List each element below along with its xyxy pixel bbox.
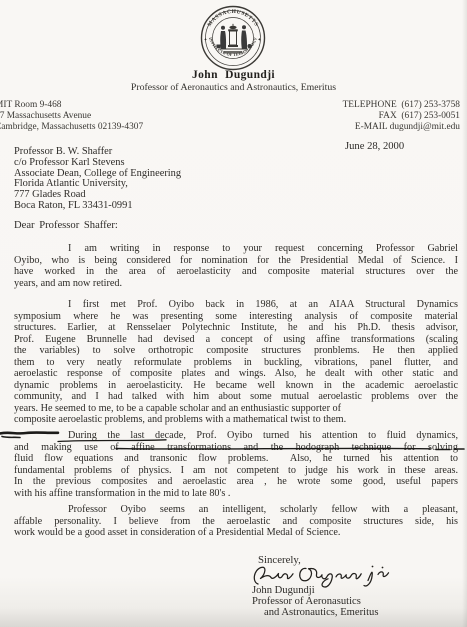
text-line: Professor of Aeronasutics: [252, 596, 378, 607]
recipient-address: Professor B. W. Shafferc/o Professor Kar…: [14, 147, 181, 212]
text-line: In the previous composites and aeroelast…: [14, 476, 458, 488]
text-line: TELEPHONE (617) 253-3758: [343, 100, 460, 111]
text-line: Boca Raton, FL 33431-0991: [14, 201, 181, 212]
text-line: Oyibo, who is being considered for nomin…: [14, 255, 458, 267]
text-line: composite aeroelastic problems, and prob…: [14, 414, 458, 426]
text-line: Professor Oyibo seems an intelligent, sc…: [14, 504, 458, 516]
text-line: fundamental problems of physics. I am no…: [14, 465, 458, 477]
text-line: I am writing in response to your request…: [14, 243, 458, 255]
seal-emblem: [217, 24, 252, 54]
closing-block: John Dugundji Professor of Aeronasuticsa…: [252, 585, 378, 618]
text-line: and making use of affine transformations…: [14, 442, 458, 454]
text-line: them to very neatly reformulate problems…: [14, 357, 458, 369]
text-line: the variables) to solve orthotropic comp…: [14, 345, 458, 357]
text-line: MIT Room 9-468: [0, 100, 143, 111]
paragraph-1: I am writing in response to your request…: [14, 243, 458, 289]
letter-date: June 28, 2000: [345, 141, 404, 152]
text-line: and Astronautics, Emeritus: [264, 607, 378, 618]
paragraph-2: I first met Prof. Oyibo back in 1986, at…: [14, 299, 458, 426]
text-line: E-MAIL dugundji@mit.edu: [343, 122, 460, 133]
text-line: Cambridge, Massachusetts 02139-4307: [0, 122, 143, 133]
text-line: c/o Professor Karl Stevens: [14, 158, 181, 169]
text-line: years, and am now retired.: [14, 278, 458, 290]
text-line: aeroelastic response of composite plates…: [14, 368, 458, 380]
seal-right-star-icon: ✦: [258, 37, 262, 42]
mit-seal: MASSACHUSETTS INSTITUTE OF TECHNOLOGY ✦ …: [200, 5, 266, 71]
text-line: community, and I had talked with him abo…: [14, 391, 458, 403]
text-line: work would be a good asset in considerat…: [14, 527, 458, 539]
paragraph-3: During the last decade, Prof. Oyibo turn…: [14, 430, 458, 499]
scanned-letter-page: MASSACHUSETTS INSTITUTE OF TECHNOLOGY ✦ …: [0, 0, 467, 627]
paragraph-4: Professor Oyibo seems an intelligent, sc…: [14, 504, 458, 539]
closing-name: John Dugundji: [252, 585, 378, 596]
text-line: affable personality. I believe from the …: [14, 516, 458, 528]
salutation: Dear Professor Shaffer:: [14, 220, 118, 231]
text-line: with his affine transformation in the mi…: [14, 488, 458, 500]
text-line: fluid flow equations and transonic flow …: [14, 453, 458, 465]
letterhead-title: Professor of Aeronautics and Astronautic…: [0, 82, 467, 93]
text-line: structures. Earlier, at Rensselaer Polyt…: [14, 322, 458, 334]
text-line: have worked in the area of aeroelasticit…: [14, 266, 458, 278]
text-line: FAX (617) 253-0051: [343, 111, 460, 122]
sender-address: MIT Room 9-46877 Massachusetts AvenueCam…: [0, 100, 143, 133]
text-line: dynamic problems in aeroelasticity. He b…: [14, 380, 458, 392]
seal-left-star-icon: ✦: [204, 37, 208, 42]
text-line: symposium where he was presenting some i…: [14, 311, 458, 323]
text-line: I first met Prof. Oyibo back in 1986, at…: [14, 299, 458, 311]
text-line: years. He seemed to me, to be a capable …: [14, 403, 458, 415]
letterhead-name: John Dugundji: [0, 69, 467, 81]
sender-contact: TELEPHONE (617) 253-3758FAX (617) 253-00…: [343, 100, 460, 133]
closing-title: Professor of Aeronasuticsand Astronautic…: [252, 596, 378, 618]
text-line: During the last decade, Prof. Oyibo turn…: [14, 430, 458, 442]
text-line: 77 Massachusetts Avenue: [0, 111, 143, 122]
text-line: Prof. Eugene Brunnelle had devised a con…: [14, 334, 458, 346]
